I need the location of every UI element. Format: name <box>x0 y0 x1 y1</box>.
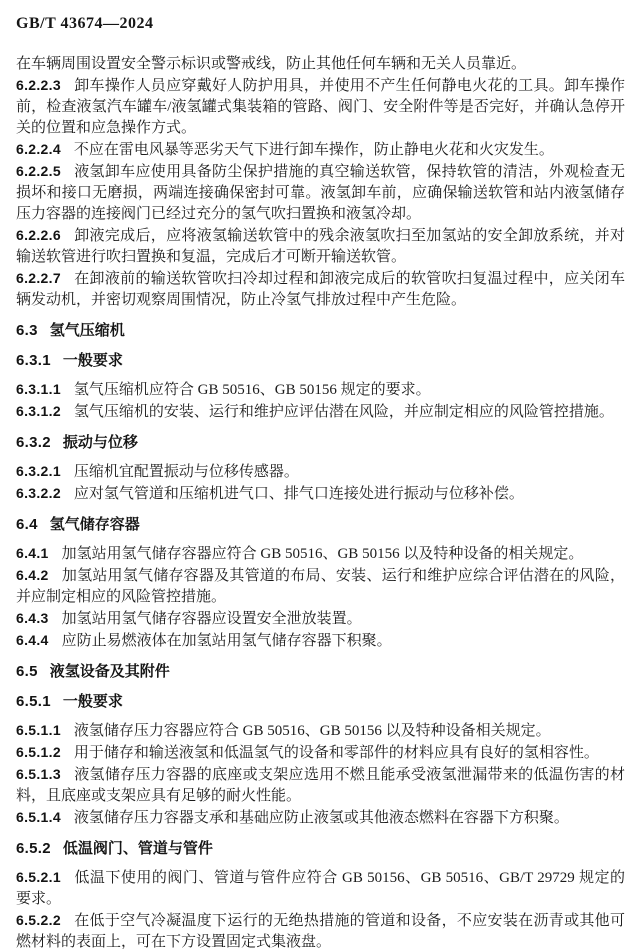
clause-text: 加氢站用氢气储存容器应符合 GB 50516、GB 50156 以及特种设备的相… <box>62 546 584 562</box>
clause-text: 不应在雷电风暴等恶劣天气下进行卸车操作，防止静电火花和火灾发生。 <box>74 142 554 158</box>
clause-number: 6.5.1.2 <box>16 744 61 760</box>
clause-number: 6.5.1.4 <box>16 809 61 825</box>
section-heading: 6.3氢气压缩机 <box>16 320 625 341</box>
clause-paragraph: 6.4.1加氢站用氢气储存容器应符合 GB 50516、GB 50156 以及特… <box>16 543 625 565</box>
clause-paragraph: 6.2.2.6卸液完成后，应将液氢输送软管中的残余液氢吹扫至加氢站的安全卸放系统… <box>16 225 625 268</box>
clause-number: 6.2.2.6 <box>16 227 61 243</box>
clause-paragraph: 6.5.2.2在低于空气冷凝温度下运行的无绝热措施的管道和设备，不应安装在沥青或… <box>16 910 625 949</box>
clause-number: 6.5.1.3 <box>16 766 61 782</box>
section-heading-title: 一般要求 <box>63 693 123 710</box>
section-heading: 6.5.1一般要求 <box>16 691 625 712</box>
clause-paragraph: 6.4.3加氢站用氢气储存容器应设置安全泄放装置。 <box>16 608 625 630</box>
clause-paragraph: 6.2.2.5液氢卸车应使用具备防尘保护措施的真空输送软管，保持软管的清洁，外观… <box>16 161 625 225</box>
clause-text: 氢气压缩机的安装、运行和维护应评估潜在风险，并应制定相应的风险管控措施。 <box>74 404 614 420</box>
clause-text: 液氢储存压力容器支承和基础应防止液氢或其他液态燃料在容器下方积聚。 <box>74 810 569 826</box>
section-heading-title: 低温阀门、管道与管件 <box>63 840 213 857</box>
clause-number: 6.3.2.1 <box>16 463 61 479</box>
clause-text: 液氢卸车应使用具备防尘保护措施的真空输送软管，保持软管的清洁，外观检查无损坏和接… <box>16 164 625 222</box>
clause-number: 6.3 <box>16 322 38 339</box>
clause-paragraph: 6.2.2.4不应在雷电风暴等恶劣天气下进行卸车操作，防止静电火花和火灾发生。 <box>16 139 625 161</box>
clause-number: 6.4.4 <box>16 632 49 648</box>
clause-paragraph: 6.3.2.1压缩机宜配置振动与位移传感器。 <box>16 461 625 483</box>
section-heading-title: 振动与位移 <box>63 434 138 451</box>
clause-text: 应防止易燃液体在加氢站用氢气储存容器下积聚。 <box>62 633 392 649</box>
section-heading-title: 氢气储存容器 <box>50 516 140 533</box>
document-body: 在车辆周围设置安全警示标识或警戒线，防止其他任何车辆和无关人员靠近。6.2.2.… <box>16 54 625 949</box>
section-heading: 6.5液氢设备及其附件 <box>16 661 625 682</box>
clause-number: 6.3.1 <box>16 352 51 369</box>
clause-paragraph: 6.2.2.3卸车操作人员应穿戴好人防护用具，并使用不产生任何静电火花的工具。卸… <box>16 75 625 139</box>
clause-number: 6.4.3 <box>16 610 49 626</box>
clause-text: 卸车操作人员应穿戴好人防护用具，并使用不产生任何静电火花的工具。卸车操作前，检查… <box>16 78 625 136</box>
clause-number: 6.5.2 <box>16 840 51 857</box>
clause-number: 6.3.1.2 <box>16 403 61 419</box>
section-heading-title: 氢气压缩机 <box>50 322 125 339</box>
section-heading: 6.4氢气储存容器 <box>16 514 625 535</box>
clause-paragraph: 6.4.2加氢站用氢气储存容器及其管道的布局、安装、运行和维护应综合评估潜在的风… <box>16 565 625 608</box>
clause-paragraph: 6.2.2.7在卸液前的输送软管吹扫冷却过程和卸液完成后的软管吹扫复温过程中，应… <box>16 268 625 311</box>
clause-paragraph: 6.5.1.2用于储存和输送液氢和低温氢气的设备和零部件的材料应具有良好的氢相容… <box>16 742 625 764</box>
clause-number: 6.3.2 <box>16 434 51 451</box>
clause-number: 6.2.2.5 <box>16 163 61 179</box>
clause-number: 6.5.1 <box>16 693 51 710</box>
clause-paragraph: 6.5.1.4液氢储存压力容器支承和基础应防止液氢或其他液态燃料在容器下方积聚。 <box>16 807 625 829</box>
clause-text: 液氢储存压力容器的底座或支架应选用不燃且能承受液氢泄漏带来的低温伤害的材料，且底… <box>16 767 625 804</box>
clause-text: 用于储存和输送液氢和低温氢气的设备和零部件的材料应具有良好的氢相容性。 <box>74 745 599 761</box>
clause-number: 6.4.1 <box>16 545 49 561</box>
standard-number-header: GB/T 43674—2024 <box>16 13 625 34</box>
clause-number: 6.5.2.1 <box>16 869 61 885</box>
clause-text: 在车辆周围设置安全警示标识或警戒线，防止其他任何车辆和无关人员靠近。 <box>16 56 526 72</box>
standard-document-page: GB/T 43674—2024 在车辆周围设置安全警示标识或警戒线，防止其他任何… <box>0 0 640 949</box>
clause-text: 卸液完成后，应将液氢输送软管中的残余液氢吹扫至加氢站的安全卸放系统，并对输送软管… <box>16 228 625 265</box>
clause-number: 6.5 <box>16 663 38 680</box>
clause-paragraph: 6.3.1.2氢气压缩机的安装、运行和维护应评估潜在风险，并应制定相应的风险管控… <box>16 401 625 423</box>
clause-number: 6.5.2.2 <box>16 912 61 928</box>
clause-text: 应对氢气管道和压缩机进气口、排气口连接处进行振动与位移补偿。 <box>74 486 524 502</box>
clause-text: 压缩机宜配置振动与位移传感器。 <box>74 464 299 480</box>
clause-number: 6.4 <box>16 516 38 533</box>
clause-text: 加氢站用氢气储存容器及其管道的布局、安装、运行和维护应综合评估潜在的风险，并应制… <box>16 568 625 605</box>
clause-text: 在卸液前的输送软管吹扫冷却过程和卸液完成后的软管吹扫复温过程中，应关闭车辆发动机… <box>16 271 625 308</box>
clause-paragraph: 6.3.2.2应对氢气管道和压缩机进气口、排气口连接处进行振动与位移补偿。 <box>16 483 625 505</box>
section-heading: 6.3.1一般要求 <box>16 350 625 371</box>
section-heading: 6.5.2低温阀门、管道与管件 <box>16 838 625 859</box>
clause-number: 6.2.2.3 <box>16 77 61 93</box>
clause-paragraph: 6.5.1.3液氢储存压力容器的底座或支架应选用不燃且能承受液氢泄漏带来的低温伤… <box>16 764 625 807</box>
clause-number: 6.2.2.7 <box>16 270 61 286</box>
clause-paragraph: 6.4.4应防止易燃液体在加氢站用氢气储存容器下积聚。 <box>16 630 625 652</box>
clause-text: 在低于空气冷凝温度下运行的无绝热措施的管道和设备，不应安装在沥青或其他可燃材料的… <box>16 913 625 949</box>
clause-number: 6.3.2.2 <box>16 485 61 501</box>
clause-text: 低温下使用的阀门、管道与管件应符合 GB 50156、GB 50516、GB/T… <box>16 870 625 907</box>
clause-number: 6.5.1.1 <box>16 722 61 738</box>
clause-paragraph: 6.3.1.1氢气压缩机应符合 GB 50516、GB 50156 规定的要求。 <box>16 379 625 401</box>
clause-text: 液氢储存压力容器应符合 GB 50516、GB 50156 以及特种设备相关规定… <box>74 723 551 739</box>
clause-paragraph: 6.5.2.1低温下使用的阀门、管道与管件应符合 GB 50156、GB 505… <box>16 867 625 910</box>
clause-text: 加氢站用氢气储存容器应设置安全泄放装置。 <box>62 611 362 627</box>
clause-number: 6.3.1.1 <box>16 381 61 397</box>
continuation-paragraph: 在车辆周围设置安全警示标识或警戒线，防止其他任何车辆和无关人员靠近。 <box>16 54 625 75</box>
clause-paragraph: 6.5.1.1液氢储存压力容器应符合 GB 50516、GB 50156 以及特… <box>16 720 625 742</box>
section-heading-title: 一般要求 <box>63 352 123 369</box>
clause-number: 6.2.2.4 <box>16 141 61 157</box>
clause-number: 6.4.2 <box>16 567 49 583</box>
section-heading-title: 液氢设备及其附件 <box>50 663 170 680</box>
clause-text: 氢气压缩机应符合 GB 50516、GB 50156 规定的要求。 <box>74 382 431 398</box>
document-page: { "page": { "header": { "standard_number… <box>0 0 640 949</box>
section-heading: 6.3.2振动与位移 <box>16 432 625 453</box>
